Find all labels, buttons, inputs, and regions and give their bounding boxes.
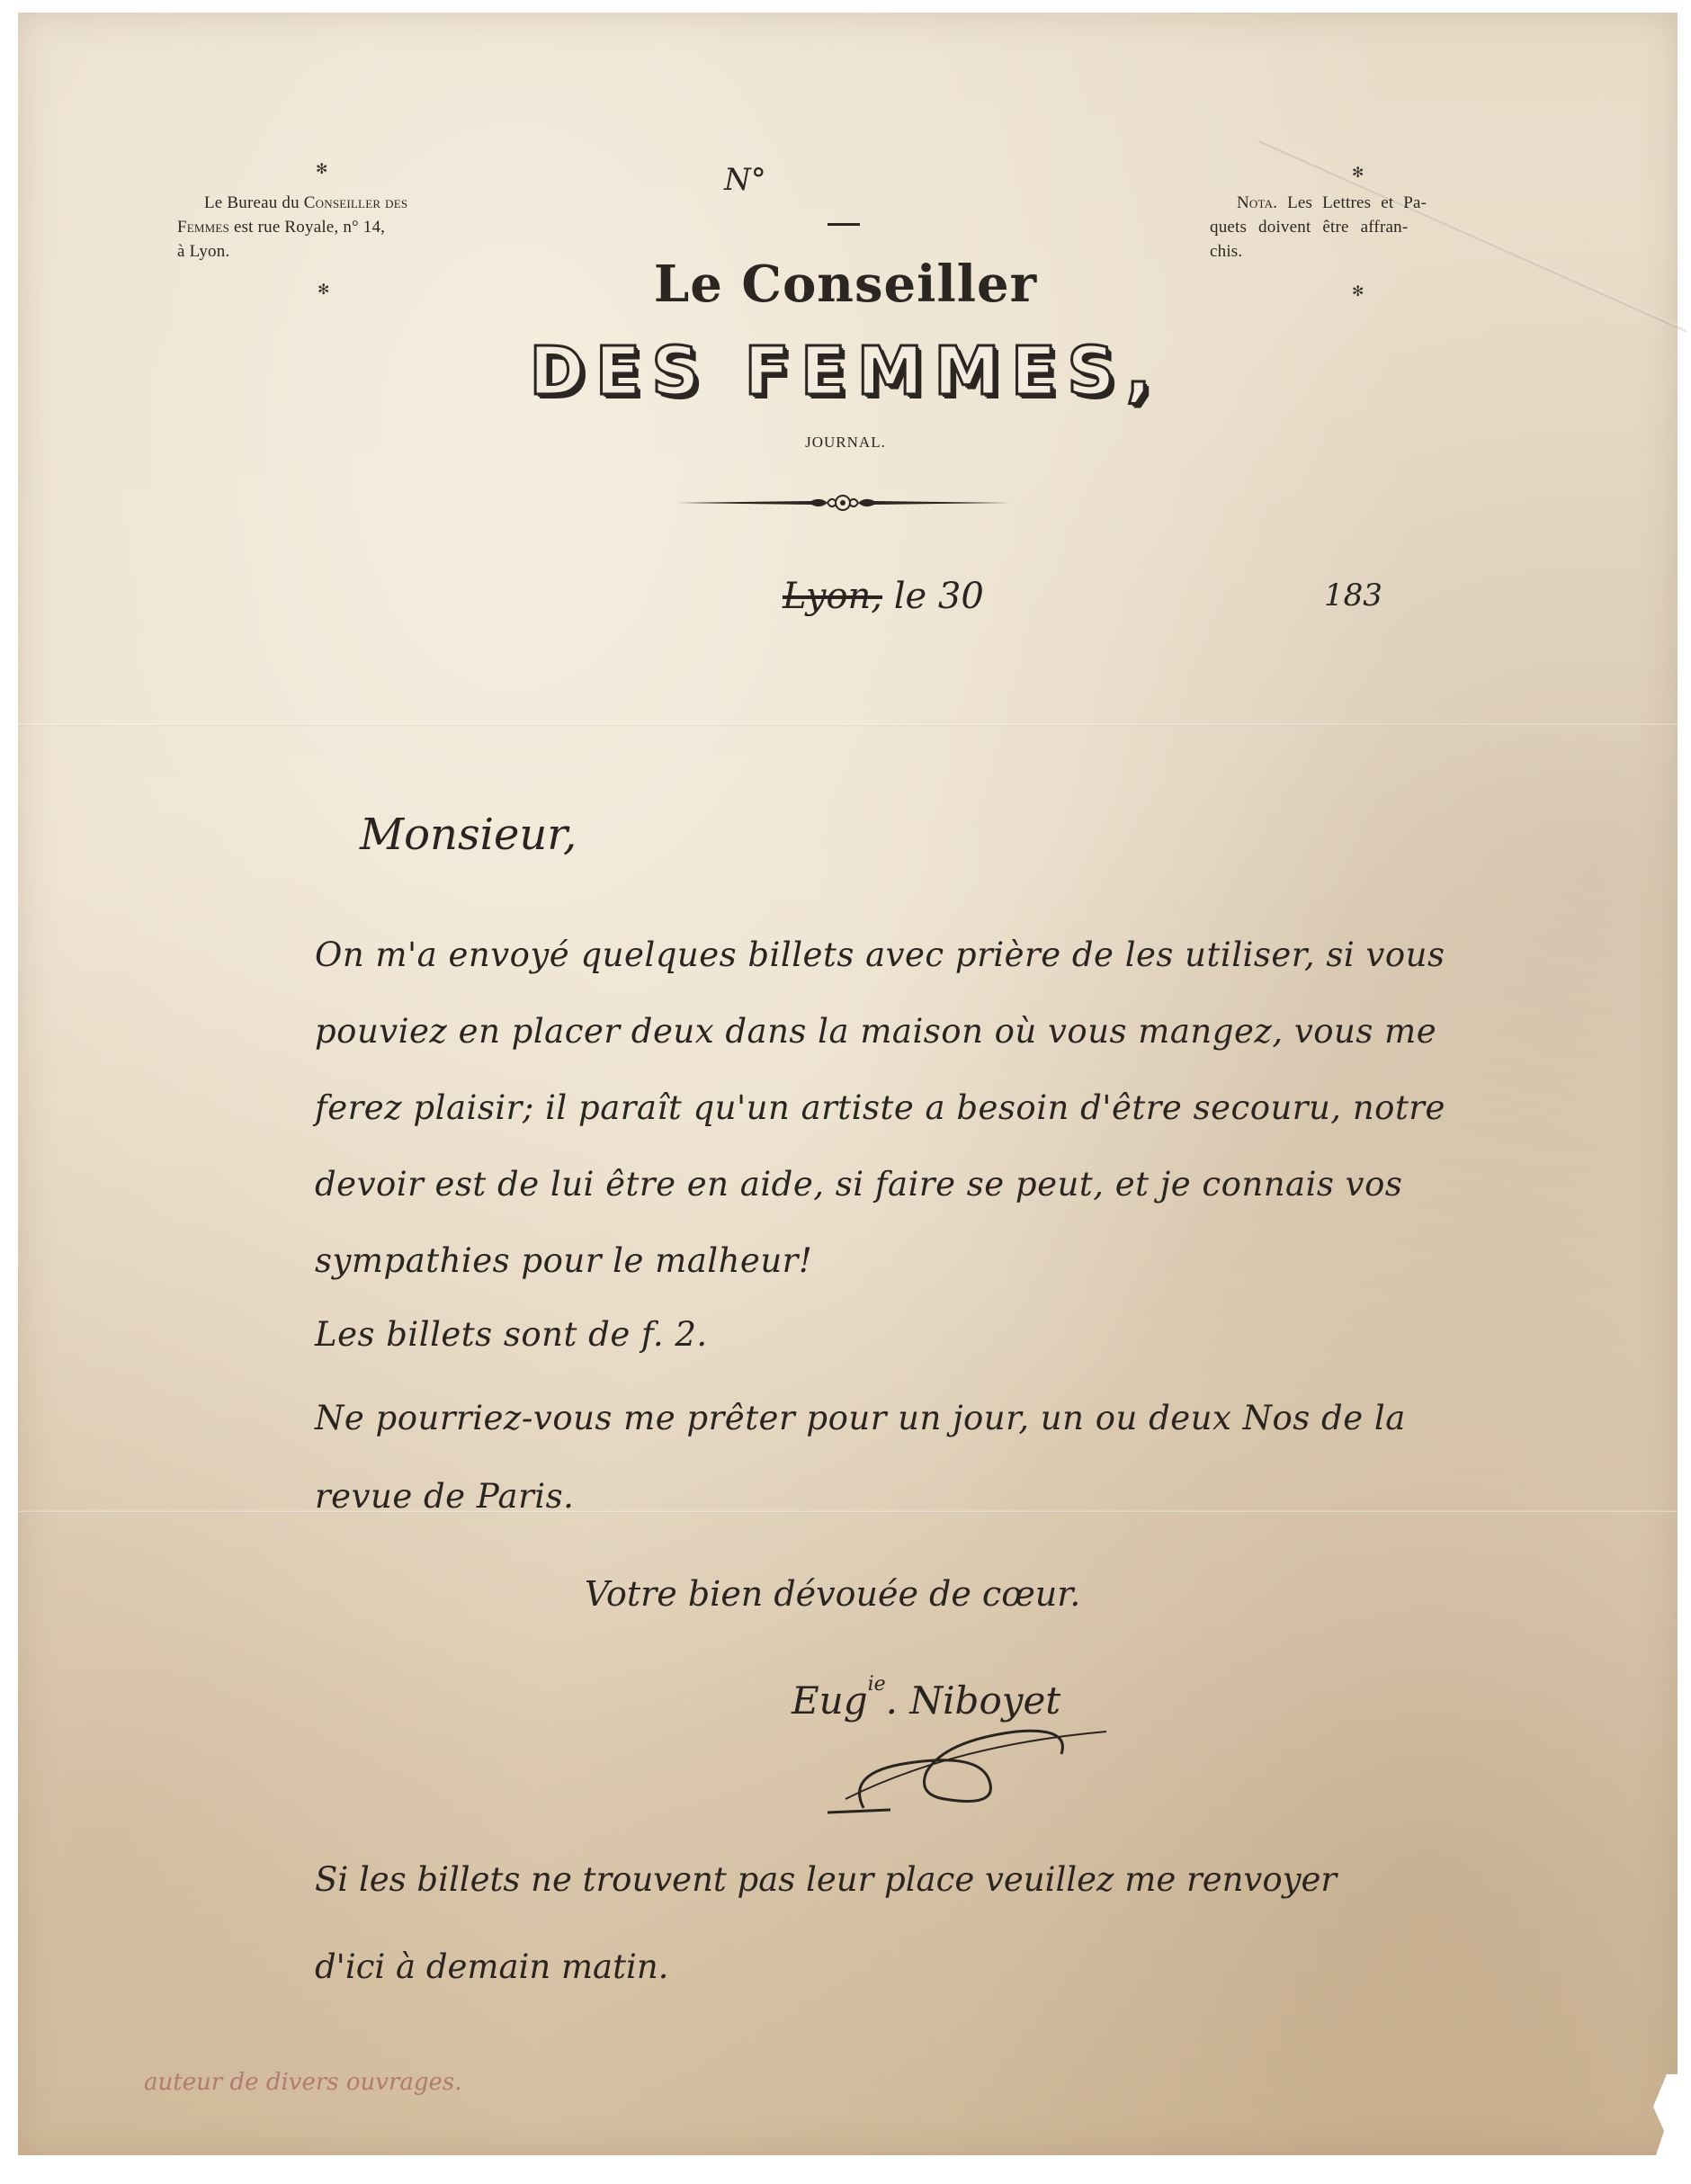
body-line: devoir est de lui être en aide, si faire…	[315, 1165, 1402, 1204]
postscript-line: d'ici à demain matin.	[315, 1947, 668, 1986]
fold-crease	[18, 1510, 1678, 1513]
notice-text: est rue Royale, n° 14,	[229, 218, 385, 237]
fold-crease	[18, 723, 1678, 726]
date-line: Lyon, le 30	[783, 576, 984, 617]
postage-notice: Nota. Les Lettres et Pa- quets doivent ê…	[1210, 191, 1489, 264]
masthead-title-shadowed: DES FEMMES,	[0, 333, 1691, 410]
body-line: Les billets sont de f. 2.	[315, 1315, 708, 1354]
star-ornament-icon: ✻	[1352, 164, 1364, 182]
body-line: sympathies pour le malheur!	[315, 1241, 812, 1280]
signature-superscript: ie	[868, 1673, 886, 1696]
body-line: Ne pourriez-vous me prêter pour un jour,…	[315, 1399, 1406, 1437]
notice-label: Nota.	[1237, 193, 1277, 212]
signature-flourish-icon	[810, 1709, 1115, 1826]
body-line: On m'a envoyé quelques billets avec priè…	[315, 935, 1445, 974]
masthead-subtitle: JOURNAL.	[0, 434, 1691, 452]
notice-text: Le Bureau du	[204, 193, 304, 212]
notice-text: Conseiller des	[304, 193, 408, 212]
torn-corner	[1651, 2074, 1678, 2155]
office-address-notice: Le Bureau du Conseiller des Femmes est r…	[177, 191, 407, 264]
body-line: ferez plaisir; il paraît qu'un artiste a…	[315, 1088, 1445, 1127]
date-day: le 30	[882, 576, 984, 617]
issue-number-mark: N°	[724, 162, 766, 198]
salutation: Monsieur,	[360, 810, 577, 860]
body-line: revue de Paris.	[315, 1477, 574, 1516]
notice-text: Femmes	[177, 218, 229, 237]
date-year: 183	[1324, 577, 1382, 613]
notice-text: quets doivent être affran-	[1210, 215, 1489, 239]
divider-dash	[828, 223, 860, 226]
masthead-title: Le Conseiller	[0, 255, 1691, 314]
star-ornament-icon: ✻	[316, 160, 327, 178]
date-place-struck: Lyon,	[783, 576, 882, 617]
notice-text: Les Lettres et Pa-	[1277, 193, 1427, 212]
closing: Votre bien dévouée de cœur.	[585, 1574, 1080, 1614]
margin-annotation: auteur de divers ouvrages.	[144, 2069, 462, 2096]
ornamental-rule-icon	[676, 493, 1009, 513]
body-line: pouviez en placer deux dans la maison où…	[315, 1012, 1436, 1051]
postscript-line: Si les billets ne trouvent pas leur plac…	[315, 1860, 1337, 1899]
